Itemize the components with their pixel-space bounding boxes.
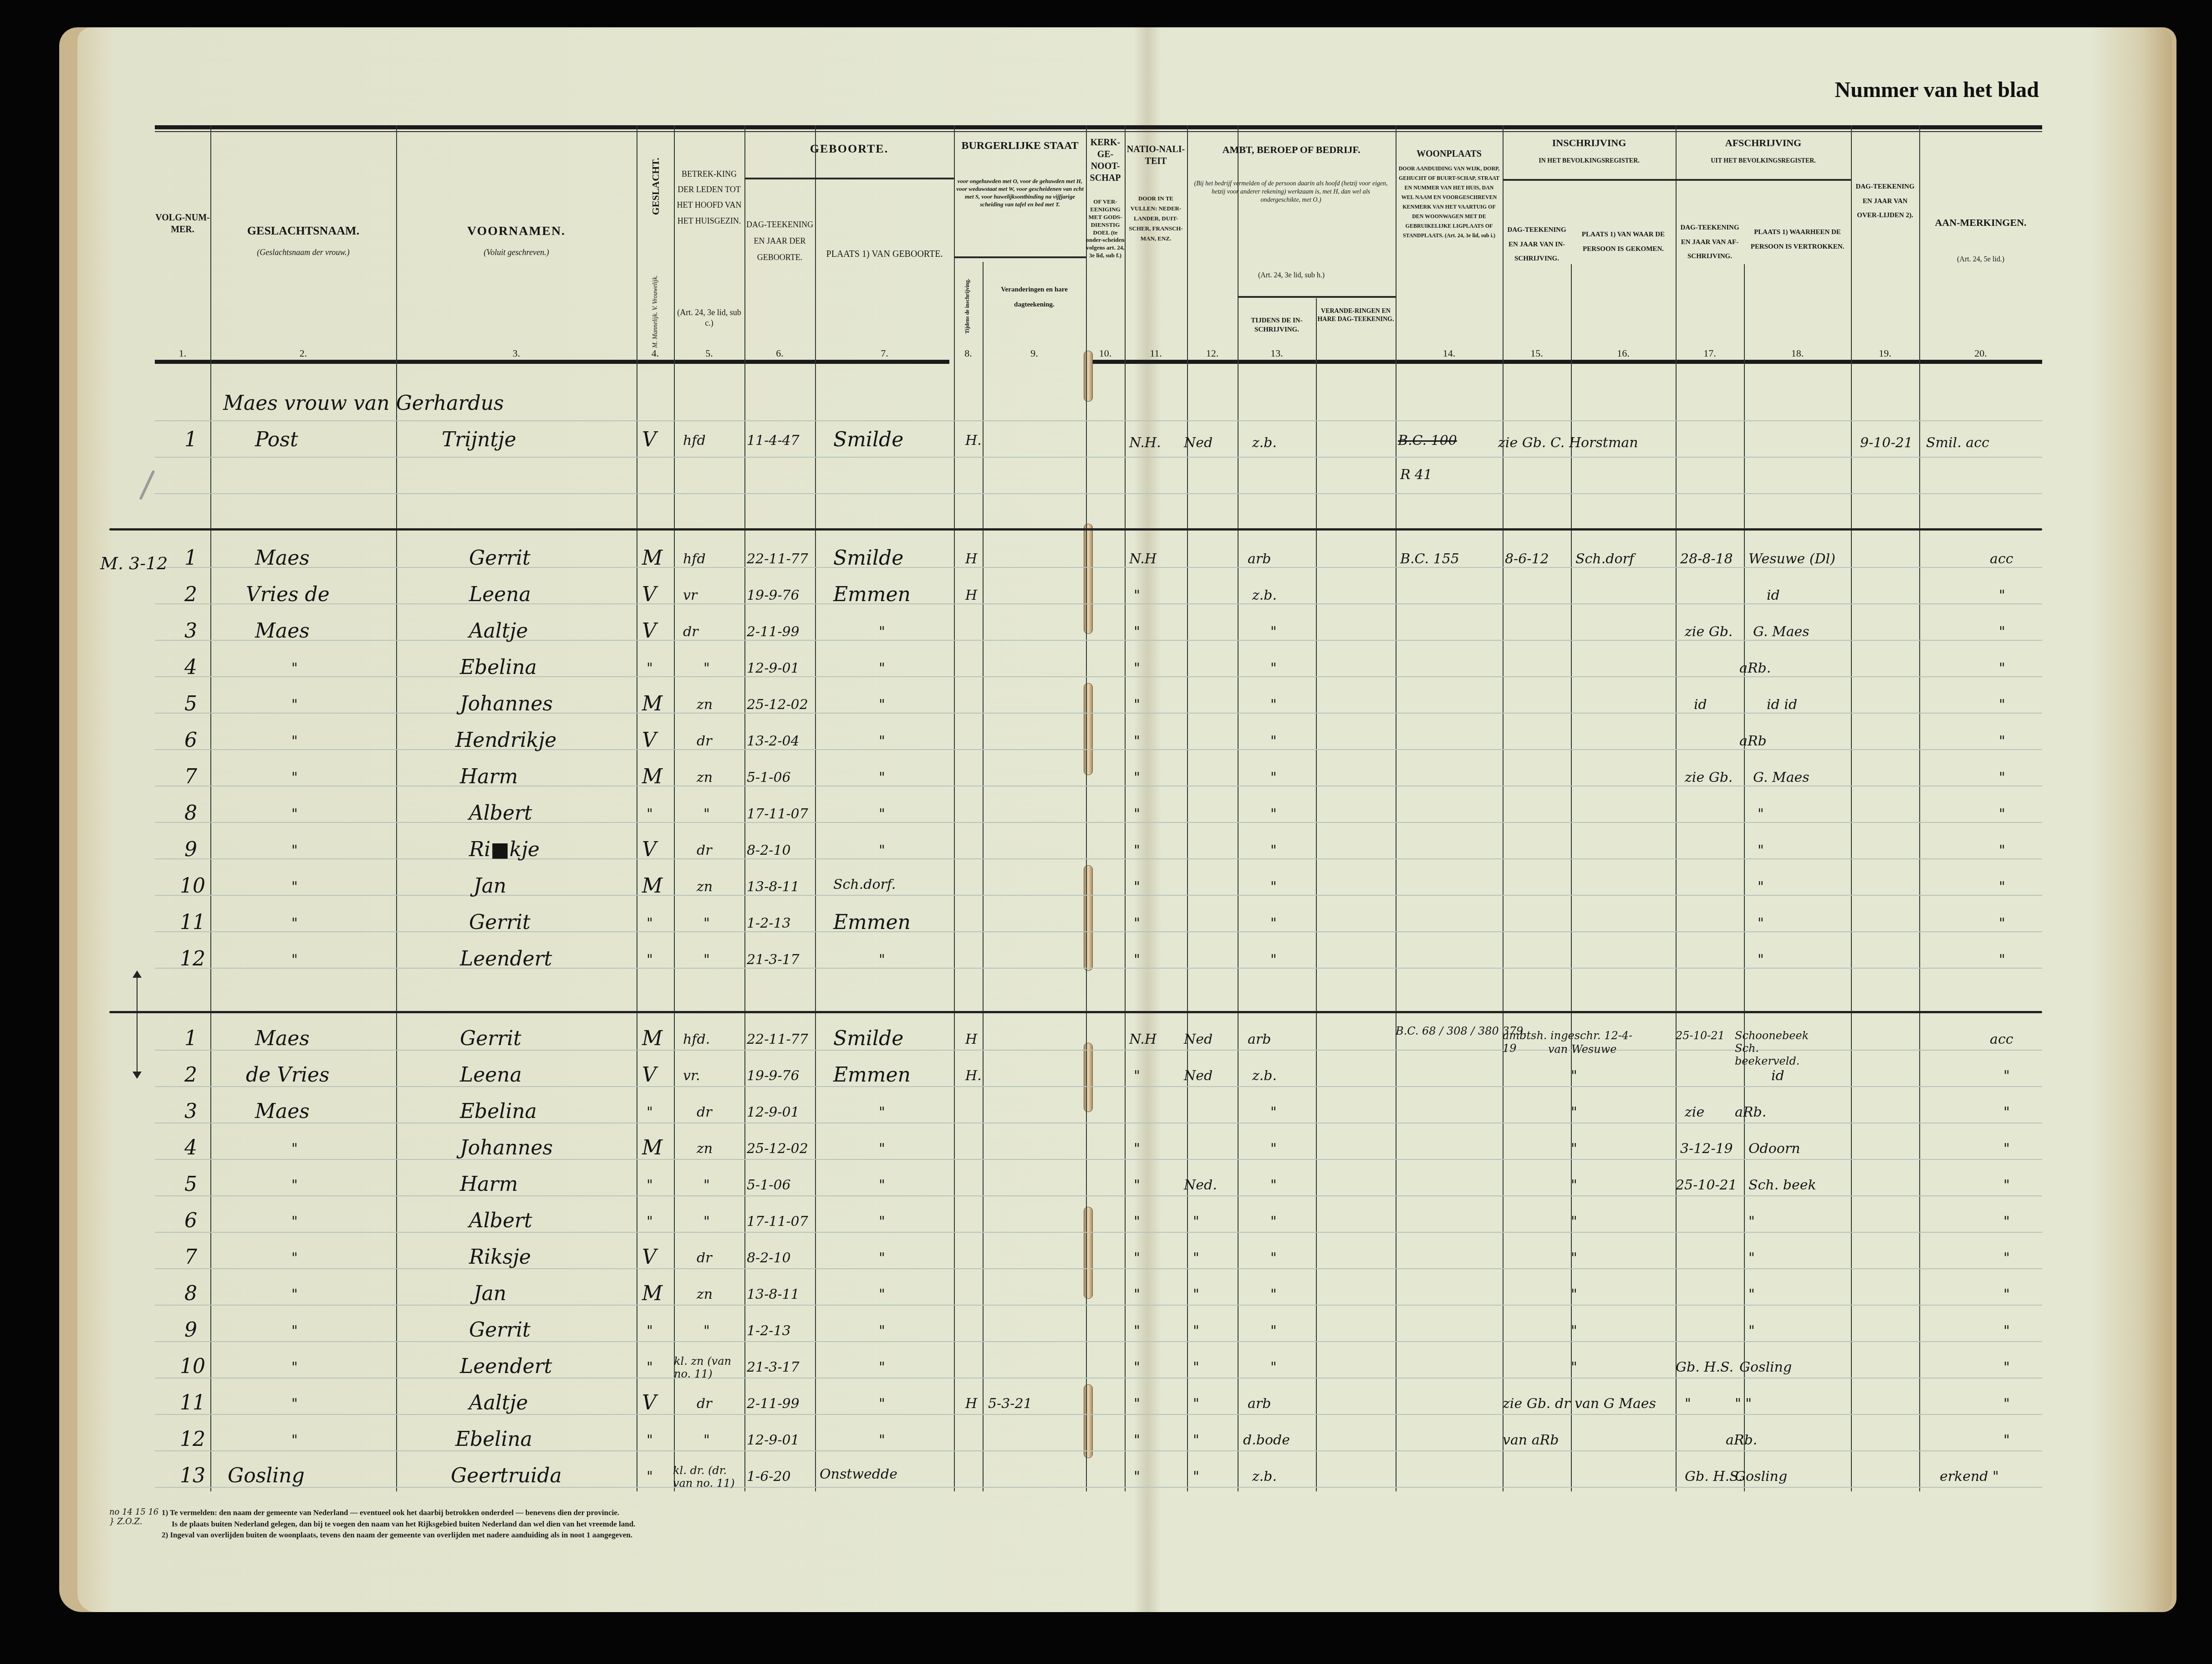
surname: Maes — [255, 1100, 310, 1123]
nationality: Ned — [1184, 1068, 1213, 1084]
footnotes: 1) Te vermelden: den naam der gemeente v… — [162, 1507, 635, 1541]
deregistration-date: 3-12-19 — [1680, 1141, 1733, 1157]
header-bottom-rule-left — [155, 360, 949, 364]
relation: " — [703, 1214, 710, 1230]
birth-place: " — [879, 1141, 885, 1157]
row-rule — [155, 968, 2042, 969]
relation: vr. — [683, 1068, 700, 1084]
sex: M — [642, 765, 663, 788]
occupation: " — [1270, 770, 1277, 786]
col-14-header: WOONPLAATS — [1396, 148, 1503, 160]
row-number: 12 — [180, 1428, 205, 1451]
deregistration-date: 25-10-21 — [1676, 1177, 1737, 1193]
row-rule — [155, 858, 2042, 859]
civil-state: H — [965, 551, 977, 567]
col-7-header: PLAATS 1) VAN GEBOORTE. — [815, 248, 954, 260]
sex: V — [642, 1245, 657, 1269]
surname: " — [291, 1250, 298, 1266]
row-rule — [155, 457, 2042, 458]
given-names: Leendert — [460, 1355, 552, 1378]
birth-date: 1-2-13 — [747, 915, 791, 931]
church: " — [1134, 806, 1140, 822]
sex: M — [642, 1027, 663, 1050]
moved-to: " — [1748, 1250, 1755, 1266]
relation: " — [703, 660, 710, 676]
moved-to: G. Maes — [1753, 770, 1809, 786]
birth-date: 2-11-99 — [747, 1396, 800, 1412]
row-rule — [155, 822, 2042, 823]
nationality: Ned — [1184, 435, 1213, 451]
col-number: 1. — [155, 347, 210, 359]
relation: hfd. — [683, 1031, 710, 1047]
col-number: 15. — [1503, 347, 1571, 359]
deregistration-date: zie Gb. — [1685, 770, 1733, 786]
birth-place: " — [879, 733, 885, 749]
church: N.H. — [1129, 435, 1161, 451]
col-17-header: DAG-TEEKENING EN JAAR VAN AF-SCHRIJVING. — [1676, 221, 1744, 264]
occupation: arb — [1248, 1396, 1271, 1412]
surname: " — [291, 1359, 298, 1375]
col-divider — [954, 125, 955, 1491]
nationality: " — [1193, 1469, 1199, 1485]
birth-place: " — [879, 624, 885, 640]
nationality: " — [1193, 1359, 1199, 1375]
sex: V — [642, 838, 657, 861]
birth-date: 17-11-07 — [747, 1214, 808, 1230]
row-rule — [155, 1159, 2042, 1160]
col-number: 8. — [954, 347, 983, 359]
col-16-header: PLAATS 1) VAN WAAR DE PERSOON IS GEKOMEN… — [1571, 228, 1676, 256]
birth-place: " — [879, 660, 885, 676]
col-divider — [744, 125, 745, 1491]
row-rule — [155, 786, 2042, 786]
row-rule — [155, 640, 2042, 641]
row-rule — [155, 1341, 2042, 1342]
church: " — [1134, 1432, 1140, 1448]
occupation: arb — [1248, 1031, 1271, 1047]
deregistration-date: Gb. H.S. — [1676, 1359, 1733, 1375]
occupation: " — [1270, 1359, 1277, 1375]
registration-date: " — [1571, 1286, 1577, 1302]
col-number: 13. — [1238, 347, 1316, 359]
moved-to: " — [1748, 1214, 1755, 1230]
col-divider — [674, 125, 675, 1491]
col-18-header: PLAATS 1) WAARHEEN DE PERSOON IS VERTROK… — [1744, 225, 1851, 254]
birth-place: " — [879, 1214, 885, 1230]
birth-place: " — [879, 1432, 885, 1448]
surname: " — [291, 915, 298, 931]
occupation: " — [1270, 879, 1277, 895]
given-names: Albert — [469, 1209, 532, 1232]
row-number: 1 — [184, 428, 197, 451]
deregistration-date: Gb. H.S. — [1685, 1469, 1743, 1485]
registration-date: " — [1571, 1141, 1577, 1157]
given-names: Albert — [469, 801, 532, 825]
col-divider — [815, 125, 816, 1491]
relation: " — [703, 806, 710, 822]
civil-state: H — [965, 1031, 977, 1047]
col-divider — [1086, 125, 1087, 1491]
col-4-header: GESLACHT. — [649, 141, 663, 232]
row-number: 11 — [180, 1391, 205, 1414]
row-rule — [155, 603, 2042, 604]
remarks: " — [2003, 1068, 2010, 1084]
surname: " — [291, 1177, 298, 1193]
given-names: Leendert — [460, 947, 552, 970]
civil-state: H. — [965, 1068, 982, 1084]
col-number: 16. — [1571, 347, 1676, 359]
relation: kl. dr. (dr. van no. 11) — [673, 1464, 746, 1490]
col-number: 18. — [1744, 347, 1851, 359]
occupation: " — [1270, 842, 1277, 858]
ambt-group-header: AMBT, BEROEP OF BEDRIJF. — [1187, 143, 1396, 157]
moved-to: Gosling — [1739, 1359, 1792, 1375]
col-divider — [1396, 125, 1397, 1491]
birth-place: " — [879, 1323, 885, 1339]
moved-to: Wesuwe (Dl) — [1748, 551, 1835, 567]
row-rule — [155, 676, 2042, 677]
relation: " — [703, 1177, 710, 1193]
birth-date: 12-9-01 — [747, 1104, 800, 1120]
birth-date: 12-9-01 — [747, 1432, 800, 1448]
surname: Maes — [255, 1027, 310, 1050]
given-names: Gerrit — [469, 1318, 530, 1342]
church: " — [1134, 1250, 1140, 1266]
address: R 41 — [1400, 467, 1432, 483]
ambt-art: (Art. 24, 3e lid, sub h.) — [1187, 271, 1396, 281]
moved-to: G. Maes — [1753, 624, 1809, 640]
registration-date: " — [1571, 1359, 1577, 1375]
col-number: 17. — [1676, 347, 1744, 359]
nationality: " — [1193, 1214, 1199, 1230]
came-from: van Wesuwe — [1548, 1043, 1616, 1056]
deregistration-date: id — [1694, 697, 1707, 713]
sex: V — [642, 428, 657, 451]
given-names: Johannes — [460, 1136, 553, 1159]
col-divider — [1676, 125, 1677, 1491]
col-2-header: GESLACHTSNAAM. — [210, 223, 396, 239]
row-number: 3 — [184, 1100, 197, 1123]
row-number: 2 — [184, 583, 197, 606]
given-names: Harm — [460, 765, 518, 788]
afschrijving-group-header: AFSCHRIJVING — [1676, 137, 1851, 150]
birth-place: " — [879, 1286, 885, 1302]
birth-place: " — [879, 1104, 885, 1120]
church: " — [1134, 879, 1140, 895]
surname: de Vries — [246, 1063, 330, 1087]
birth-date: 12-9-01 — [747, 660, 800, 676]
col-10-header: KERK-GE-NOOT-SCHAP — [1086, 137, 1125, 184]
col-20-header: AAN-MERKINGEN. — [1919, 216, 2042, 230]
sex: M — [642, 1136, 663, 1159]
given-names: Riksje — [469, 1245, 531, 1269]
sex: M — [642, 1282, 663, 1305]
remarks: " — [2003, 1396, 2010, 1412]
col-8-header: Tijdens de inschrijving. — [964, 279, 971, 334]
moved-to: " — [1748, 1323, 1755, 1339]
birth-place: Smilde — [833, 428, 903, 451]
col-divider — [1187, 125, 1188, 1491]
remarks: " — [1999, 806, 2005, 822]
row-number: 9 — [184, 838, 197, 861]
header-bottom-rule-right — [1093, 360, 2042, 364]
surname: " — [291, 1286, 298, 1302]
col-divider — [1919, 125, 1920, 1491]
sex: " — [647, 1323, 653, 1339]
relation: dr — [697, 1104, 712, 1120]
church: " — [1134, 1286, 1140, 1302]
deregistration-date: zie Gb. — [1685, 624, 1733, 640]
church: " — [1134, 952, 1140, 968]
col-11-subheader: DOOR IN TE VULLEN: NEDER-LANDER, DUIT-SC… — [1125, 194, 1187, 244]
sex: V — [642, 1391, 657, 1414]
relation: dr — [683, 624, 698, 640]
col-number: 6. — [744, 347, 815, 359]
row-rule — [155, 493, 2042, 494]
civil-state: H — [965, 587, 977, 603]
birth-date: 11-4-47 — [747, 433, 800, 449]
occupation: " — [1270, 806, 1277, 822]
col-number: 10. — [1086, 347, 1125, 359]
row-number: 9 — [184, 1318, 197, 1342]
church: N.H — [1129, 551, 1157, 567]
remarks: " — [1999, 624, 2005, 640]
sex: " — [647, 806, 653, 822]
sex: M — [642, 692, 663, 715]
row-rule — [155, 1123, 2042, 1123]
section-divider — [109, 528, 2042, 531]
relation: hfd — [683, 551, 706, 567]
row-number: 4 — [184, 656, 197, 679]
birth-date: 13-8-11 — [747, 1286, 800, 1302]
birth-place: " — [879, 1250, 885, 1266]
birth-date: 13-2-04 — [747, 733, 800, 749]
church: " — [1134, 1469, 1140, 1485]
occupation: z.b. — [1252, 1469, 1277, 1485]
section-divider — [109, 1011, 2042, 1013]
surname: " — [291, 1141, 298, 1157]
remarks: " — [2003, 1286, 2010, 1302]
given-names: Ri■kje — [469, 838, 540, 861]
burgerlijke-staat-note: voor ongehuwden met O, voor de gehuwden … — [956, 178, 1084, 209]
moved-to: " — [1758, 915, 1764, 931]
col-number: 11. — [1125, 347, 1187, 359]
relation: zn — [697, 1141, 713, 1157]
ambt-note: (Bij het bedrijf vermelden of de persoon… — [1193, 180, 1389, 205]
birth-date: 1-2-13 — [747, 1323, 791, 1339]
civil-state-change: 5-3-21 — [988, 1396, 1032, 1412]
given-names: Aaltje — [469, 619, 528, 643]
church: " — [1134, 660, 1140, 676]
church: " — [1134, 1177, 1140, 1193]
col-divider — [637, 125, 637, 1491]
birth-date: 17-11-07 — [747, 806, 808, 822]
sex: " — [647, 1214, 653, 1230]
relation: " — [703, 915, 710, 931]
row-number: 10 — [180, 1355, 205, 1378]
col-15-header: DAG-TEEKENING EN JAAR VAN IN-SCHRIJVING. — [1503, 223, 1571, 266]
birth-date: 2-11-99 — [747, 624, 800, 640]
row-number: 3 — [184, 619, 197, 643]
col-number: 2. — [210, 347, 396, 359]
birth-place: Smilde — [833, 546, 903, 570]
surname: Vries de — [246, 583, 330, 606]
col-divider — [1851, 125, 1852, 1491]
birth-place: " — [879, 770, 885, 786]
address-struck: B.C. 100 — [1398, 433, 1457, 449]
col-number: 9. — [983, 347, 1086, 359]
sex: " — [647, 660, 653, 676]
moved-to: Odoorn — [1748, 1141, 1800, 1157]
col-14-subheader: DOOR AANDUIDING VAN WIJK, DORP, GEHUCHT … — [1398, 164, 1500, 240]
birth-place: Emmen — [833, 911, 911, 934]
birth-place: Emmen — [833, 1063, 911, 1087]
row-number: 7 — [184, 1245, 197, 1269]
geboorte-rule — [744, 178, 954, 179]
col-5-subheader: (Art. 24, 3e lid, sub c.) — [674, 307, 744, 329]
birth-date: 25-12-02 — [747, 1141, 808, 1157]
sheet-number-label: Nummer van het blad — [1835, 77, 2039, 102]
relation: " — [703, 1323, 710, 1339]
col-1-header: VOLG-NUM-MER. — [155, 212, 210, 235]
church: " — [1134, 1068, 1140, 1084]
surname: Maes — [255, 619, 310, 643]
occupation: " — [1270, 1250, 1277, 1266]
row-rule — [155, 1487, 2042, 1488]
surname: " — [291, 1396, 298, 1412]
row-number: 10 — [180, 874, 205, 898]
church: " — [1134, 915, 1140, 931]
row-number: 13 — [180, 1464, 205, 1487]
birth-date: 5-1-06 — [747, 1177, 791, 1193]
relation: zn — [697, 879, 713, 895]
given-names: Aaltje — [469, 1391, 528, 1414]
registration-date: 8-6-12 — [1505, 551, 1549, 567]
birth-place: " — [879, 1359, 885, 1375]
row-rule — [155, 1414, 2042, 1415]
remarks: " — [1999, 660, 2005, 676]
staat-rule — [954, 256, 1086, 258]
relation: zn — [697, 770, 713, 786]
moved-to: " — [1758, 952, 1764, 968]
birth-place: " — [879, 1396, 885, 1412]
given-names: Trijntje — [442, 428, 516, 451]
occupation: z.b. — [1252, 435, 1277, 451]
surname: " — [291, 660, 298, 676]
col-13-header: VERANDE-RINGEN EN HARE DAG-TEEKENING. — [1316, 307, 1396, 324]
occupation: " — [1270, 1104, 1277, 1120]
remarks: " — [1999, 879, 2005, 895]
birth-date: 22-11-77 — [747, 551, 808, 567]
row-rule — [155, 1232, 2042, 1233]
col-number: 7. — [815, 347, 954, 359]
birth-date: 22-11-77 — [747, 1031, 808, 1047]
row-rule — [155, 1086, 2042, 1087]
birth-date: 1-6-20 — [747, 1469, 791, 1485]
row-number: 4 — [184, 1136, 197, 1159]
row-number: 11 — [180, 911, 205, 934]
church: " — [1134, 770, 1140, 786]
sex: M — [642, 874, 663, 898]
given-names: Geertruida — [451, 1464, 562, 1487]
given-names: Ebelina — [460, 656, 537, 679]
moved-to: aRb. — [1726, 1432, 1757, 1448]
occupation: " — [1270, 1141, 1277, 1157]
birth-place: Sch.dorf. — [833, 877, 896, 893]
ambt-rule — [1238, 296, 1396, 298]
birth-date: 19-9-76 — [747, 1068, 800, 1084]
row-number: 8 — [184, 1282, 197, 1305]
row-number: 5 — [184, 1173, 197, 1196]
row-rule — [155, 895, 2042, 896]
remarks: " — [1999, 770, 2005, 786]
col-number: 4. — [637, 347, 674, 359]
surname: " — [291, 806, 298, 822]
afschrijving-sub: UIT HET BEVOLKINGSREGISTER. — [1676, 157, 1851, 165]
col-20-subheader: (Art. 24, 5e lid.) — [1919, 255, 2042, 265]
relation: dr — [697, 842, 712, 858]
col-19-header: DAG-TEEKENING EN JAAR VAN OVER-LIJDEN 2)… — [1851, 180, 1919, 223]
occupation: " — [1270, 624, 1277, 640]
occupation: " — [1270, 1177, 1277, 1193]
given-names: Gerrit — [469, 911, 530, 934]
birth-place: Onstwedde — [820, 1466, 897, 1482]
col-divider — [1125, 125, 1126, 1491]
birth-place: " — [879, 952, 885, 968]
section-heading: Maes vrouw van Gerhardus — [223, 392, 504, 415]
col-divider — [983, 262, 984, 1491]
col-divider — [1744, 264, 1745, 1491]
church: " — [1134, 842, 1140, 858]
remarks: " — [2003, 1177, 2010, 1193]
inschrijving-rule — [1503, 179, 1676, 181]
row-number: 2 — [184, 1063, 197, 1087]
registration-date: " — [1571, 1177, 1577, 1193]
church: " — [1134, 1396, 1140, 1412]
remarks: " — [2003, 1323, 2010, 1339]
remarks: " — [2003, 1214, 2010, 1230]
given-names: Ebelina — [460, 1100, 537, 1123]
nationality: " — [1193, 1432, 1199, 1448]
col-3-subheader: (Voluit geschreven.) — [396, 247, 637, 258]
sex: " — [647, 1469, 653, 1485]
relation: zn — [697, 1286, 713, 1302]
registration-date: van aRb — [1503, 1432, 1559, 1448]
registration-date: " — [1571, 1323, 1577, 1339]
sex: V — [642, 729, 657, 752]
moved-to: id — [1767, 587, 1780, 603]
inschrijving-sub: IN HET BEVOLKINGSREGISTER. — [1503, 157, 1676, 165]
moved-to: Sch. beek — [1748, 1177, 1816, 1193]
sex: " — [647, 915, 653, 931]
church: " — [1134, 697, 1140, 713]
surname: " — [291, 842, 298, 858]
row-number: 7 — [184, 765, 197, 788]
moved-to: Gosling — [1735, 1469, 1787, 1485]
moved-to: aRb. — [1739, 660, 1771, 676]
sex: " — [647, 1432, 653, 1448]
given-names: Johannes — [460, 692, 553, 715]
surname: Gosling — [228, 1464, 305, 1487]
remarks: " — [1999, 587, 2005, 603]
col-9-header: Veranderingen en hare dagteekening. — [983, 282, 1086, 312]
birth-date: 8-2-10 — [747, 842, 791, 858]
civil-state: H. — [965, 433, 982, 449]
remarks: erkend " — [1940, 1469, 1999, 1485]
church: " — [1134, 1359, 1140, 1375]
occupation: " — [1270, 952, 1277, 968]
remarks: acc — [1990, 551, 2013, 567]
